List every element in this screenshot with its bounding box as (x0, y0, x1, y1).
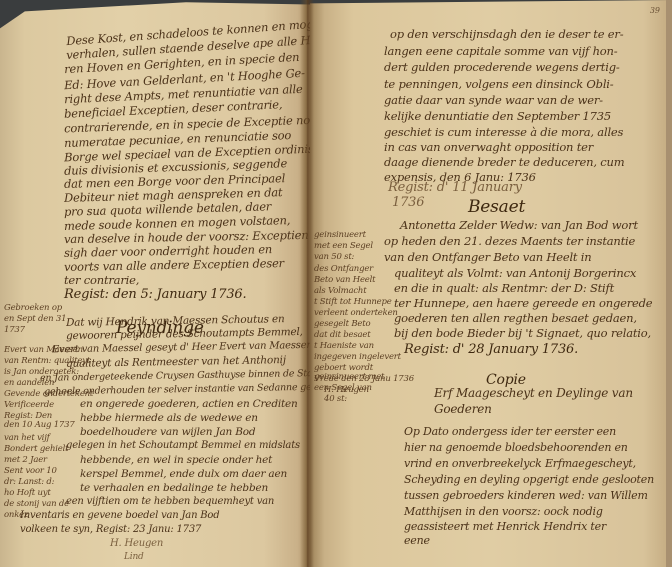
text-line: in cas van onverwaght opposition ter (384, 140, 593, 154)
book-gutter (300, 0, 314, 567)
margin-note: dat dit besaet (314, 330, 370, 340)
text-line: ter contrarie, (64, 273, 139, 287)
margin-note: en Sept den 31 (4, 314, 66, 324)
text-line: Evert van Maessel geseyt d' Heer Evert v… (52, 340, 310, 356)
text-line: te verhaalen en bedalinge te hebben (80, 482, 268, 494)
text-line: Op Dato ondergess ider ter eerster een (404, 425, 616, 438)
margin-note: Bondert gehielt (4, 444, 68, 454)
margin-note: des Ontfanger (314, 264, 373, 274)
text-line: boedelhoudere van wijlen Jan Bod (80, 426, 255, 438)
margin-note: een Segel van (314, 383, 372, 393)
margin-note: de stonij van de (4, 499, 69, 509)
text-line: gelegen in het Schoutampt Bemmel en mids… (66, 440, 300, 451)
text-line: eene (404, 534, 430, 547)
text-line: te penningen, volgens een dinsinck Obli- (384, 77, 613, 91)
margin-note: geinsinueert (314, 230, 366, 240)
text-line: hebbende, en wel in specie onder het (80, 454, 272, 466)
text-line: geheele onderhouden ter selver instantie… (44, 381, 310, 397)
left-page: Dese Kost, en schadeloos te konnen en mo… (0, 0, 310, 567)
text-line: ter Hunnepe, aen haere gereede en ongere… (394, 296, 652, 310)
margin-note: Gebroeken op (4, 303, 62, 313)
text-line: Antonetta Zelder Wedw: van Jan Bod wort (400, 218, 638, 232)
text-line: dert gulden procederende wegens dertig- (384, 60, 620, 74)
margin-note: als Volmacht (314, 286, 366, 296)
margin-note: geinsinueert met (314, 372, 384, 382)
margin-note: Beto van Heelt (314, 275, 375, 285)
text-line: qualiteyt als Volmt: van Antonij Borgeri… (394, 266, 636, 280)
text-line: geassisteert met Henrick Hendrix ter (404, 520, 606, 533)
text-line: kerspel Bemmel, ende dulx om daer aen (80, 468, 287, 480)
margin-note: verleent onderteken (314, 308, 398, 318)
text-line: op heden den 21. dezes Maents ter instan… (384, 234, 635, 248)
text-line: gatie daar van synde waar van de wer- (384, 93, 603, 107)
text-line: Scheyding en deyling opgerigt ende geslo… (404, 473, 654, 486)
entry-heading: Besaet (468, 197, 525, 217)
text-line: en die in qualt: als Rentmr: der D: Stif… (394, 281, 614, 295)
page-edge (666, 0, 672, 567)
text-line: goederen ten allen regthen besaet gedaen… (394, 311, 637, 325)
text-line: kelijke denuntiatie den September 1735 (384, 109, 611, 123)
registration-date: Regist: d' 11 January (388, 180, 522, 195)
text-line: langen eene capitale somme van vijf hon- (384, 44, 617, 58)
signature: Lind (124, 552, 144, 562)
text-line: en Jan ondergeteekende Cruysen Gasthuyse… (40, 367, 310, 384)
registration-date: Regist: d' 28 January 1736. (404, 342, 578, 357)
margin-note: gesegelt Beto (314, 319, 370, 329)
registration-year: 1736 (392, 195, 424, 210)
margin-note: ingegeven ingelevert (314, 352, 401, 362)
margin-note: Verificeerde (4, 400, 54, 410)
registration-date: Regist: den 5: January 1736. (64, 287, 246, 302)
text-line: tussen gebroeders kinderen wed: van Will… (404, 489, 648, 502)
entry-title: Erf Maagescheyt en Deylinge van (434, 386, 633, 400)
margin-note: van het vijf (4, 433, 50, 443)
text-line: op den verschijnsdagh den ie deser te er… (390, 27, 623, 41)
signature: H. Heugen (110, 538, 163, 549)
text-line: geschiet is cum interesse à die mora, al… (384, 125, 623, 139)
margin-note: Sent voor 10 (4, 466, 57, 476)
margin-note: den 10 Aug 1737 (4, 420, 75, 430)
page-number: 39 (650, 6, 660, 15)
margin-note: t Haeniste van (314, 341, 374, 351)
text-line: volkeen te syn, Regist: 23 Janu: 1737 (20, 524, 201, 535)
margin-note: van 50 st: (314, 252, 354, 262)
text-line: Matthijsen in den voorsz: oock nodig (404, 505, 603, 518)
text-line: Inventaris en gevene boedel van Jan Bod (20, 510, 219, 521)
text-line: hier na genoemde bloedsbehoorenden en (404, 441, 628, 454)
margin-note: 40 st: (324, 394, 347, 404)
text-line: voorts van alle andere Exceptien deser (64, 256, 284, 274)
margin-note: dr: Lanst: d: (4, 477, 54, 487)
text-line: hebbe hiermede als de wedewe en (80, 412, 258, 424)
entry-title: Goederen (434, 402, 492, 416)
text-line: vrind en onverbreekelyck Erfmaegescheyt, (404, 457, 636, 470)
margin-note: 1737 (4, 325, 25, 335)
margin-note: met een Segel (314, 241, 373, 251)
open-register-book: Dese Kost, en schadeloos te konnen en mo… (0, 0, 672, 567)
text-line: qualiteyt als Rentmeester van het Anthon… (66, 354, 286, 370)
text-line: een vijftien om te hebben bequemheyt van (66, 496, 274, 507)
margin-note: ho Hoft uyt (4, 488, 51, 498)
text-line: bij den bode Bieder bij 't Signaet, quo … (394, 326, 651, 340)
margin-note: met 2 Jaer (4, 455, 47, 465)
text-line: van den Ontfanger Beto van Heelt in (384, 250, 592, 264)
text-line: daage dienende breder te deduceren, cum (384, 155, 624, 169)
margin-note: t Stift tot Hunnepe (314, 297, 392, 307)
right-page: 39 op den verschijnsdagh den ie deser te… (310, 0, 672, 567)
text-line: en ongerede goederen, actien en Crediten (80, 398, 298, 410)
